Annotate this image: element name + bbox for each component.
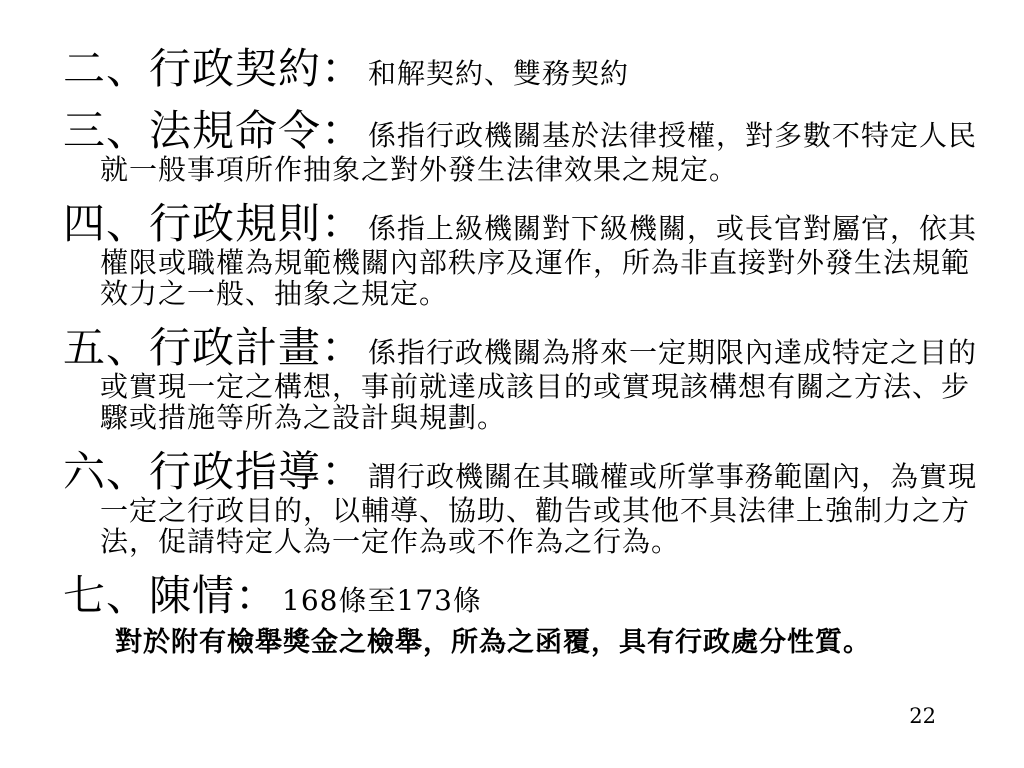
- item-5-heading: 五、行政計畫：: [63, 323, 364, 372]
- note-line: 對於附有檢舉獎金之檢舉，所為之函覆，具有行政處分性質。: [0, 627, 996, 658]
- slide: 二、行政契約：和解契約、雙務契約 三、法規命令：係指行政機關基於法律授權，對多數…: [0, 0, 1024, 768]
- list-item-6: 六、行政指導：謂行政機關在其職權或所掌事務範圍內，為實現一定之行政目的，以輔導、…: [0, 449, 996, 557]
- item-7-body: 168條至173條: [282, 584, 482, 617]
- list-item-2: 二、行政契約：和解契約、雙務契約: [0, 46, 996, 92]
- list-item-5: 五、行政計畫：係指行政機關為將來一定期限內達成特定之目的或實現一定之構想，事前就…: [0, 325, 996, 433]
- list-item-3: 三、法規命令：係指行政機關基於法律授權，對多數不特定人民就一般事項所作抽象之對外…: [0, 108, 996, 185]
- item-2-heading: 二、行政契約：: [63, 44, 364, 93]
- item-2-body: 和解契約、雙務契約: [368, 57, 629, 90]
- page-number: 22: [909, 706, 936, 727]
- item-4-heading: 四、行政規則：: [63, 199, 364, 248]
- item-7-heading: 七、陳情：: [63, 571, 278, 620]
- slide-content: 二、行政契約：和解契約、雙務契約 三、法規命令：係指行政機關基於法律授權，對多數…: [0, 46, 1024, 658]
- list-item-4: 四、行政規則：係指上級機關對下級機關，或長官對屬官，依其權限或職權為規範機關內部…: [0, 201, 996, 309]
- item-6-heading: 六、行政指導：: [63, 447, 364, 496]
- list-item-7: 七、陳情：168條至173條: [0, 573, 996, 619]
- item-3-heading: 三、法規命令：: [63, 106, 364, 155]
